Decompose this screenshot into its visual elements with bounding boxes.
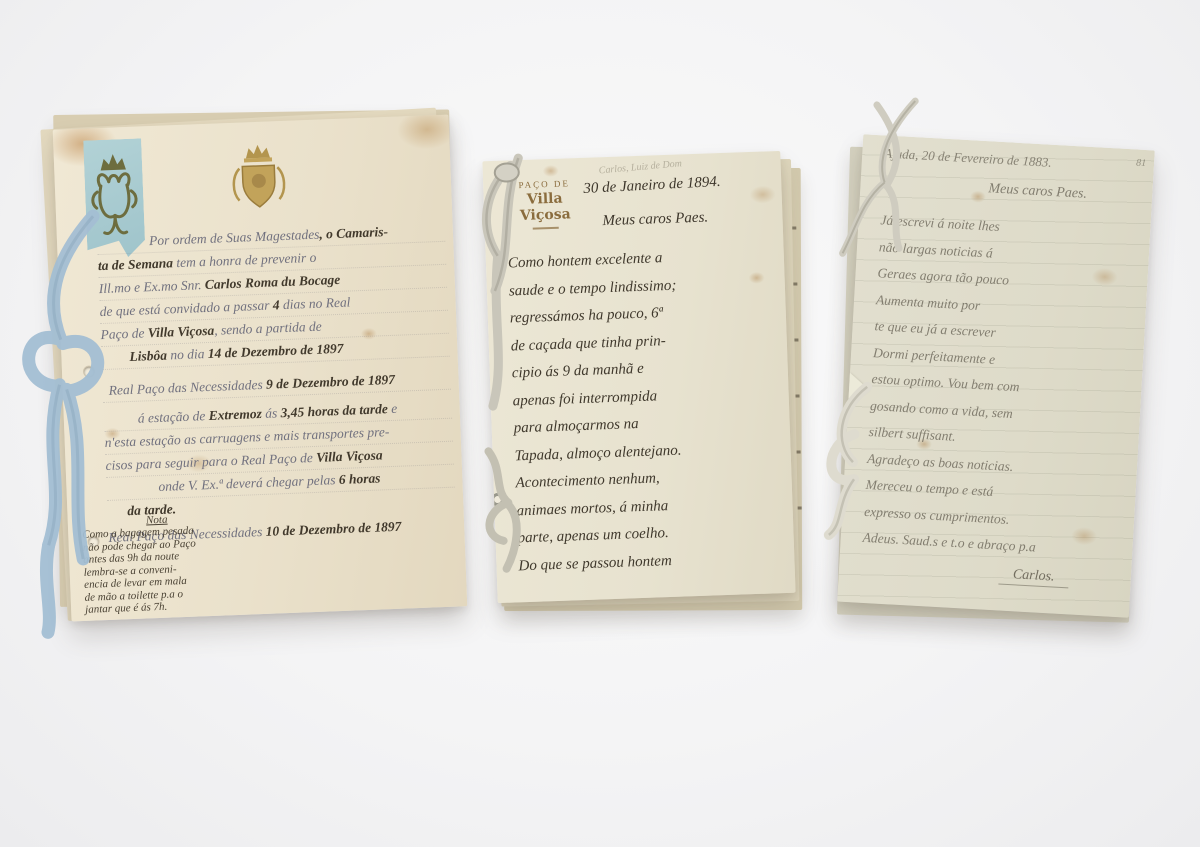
letterhead: PAÇO DE Villa Viçosa: [501, 178, 589, 231]
nota-block: Nota Como a bagagem pesada não pode cheg…: [82, 509, 296, 616]
letter-date: 30 de Janeiro de 1894.: [583, 174, 721, 198]
letterhead-rule: [533, 227, 559, 230]
document-middle-letter: PAÇO DE Villa Viçosa Carlos, Luiz de Dom…: [482, 151, 795, 603]
letterhead-main-line: Villa Viçosa: [501, 190, 588, 225]
punch-hole: [84, 366, 94, 376]
page-number: 81: [1136, 157, 1147, 169]
foxing-stain: [970, 190, 987, 203]
letter-body: Como hontem excelente a saude e o tempo …: [508, 241, 781, 580]
letter-salutation: Meus caros Paes.: [988, 181, 1087, 202]
foxing-stain: [396, 115, 457, 151]
pencil-letter-page: 81 Ajuda, 20 de Fevereiro de 1883. Meus …: [837, 134, 1155, 618]
foxing-stain: [749, 185, 776, 204]
folded-corner: [847, 372, 869, 405]
metal-eyelet: [491, 493, 504, 506]
letter-salutation: Meus caros Paes.: [602, 209, 708, 230]
foxing-stain: [543, 165, 559, 178]
letter-page: PAÇO DE Villa Viçosa Carlos, Luiz de Dom…: [482, 151, 795, 603]
invitation-text: Por ordem de Suas Magestades, o Camaris-…: [97, 219, 457, 549]
letterhead-top-line: PAÇO DE: [501, 178, 587, 191]
invitation-page: Por ordem de Suas Magestades, o Camaris-…: [53, 115, 468, 622]
letter-dateline: Ajuda, 20 de Fevereiro de 1883.: [884, 145, 1052, 170]
pencil-annotation: Carlos, Luiz de Dom: [598, 158, 682, 176]
document-left-invitation: Por ordem de Suas Magestades, o Camaris-…: [53, 115, 468, 622]
signature: Carlos.: [998, 566, 1069, 588]
photograph-of-documents: Por ordem de Suas Magestades, o Camaris-…: [0, 0, 1200, 847]
document-right-pencil-letter: 81 Ajuda, 20 de Fevereiro de 1883. Meus …: [837, 134, 1155, 618]
gold-royal-crest-icon: [225, 141, 292, 224]
letter-body: Já escrevi á noite lhes não largas notic…: [862, 207, 1141, 565]
